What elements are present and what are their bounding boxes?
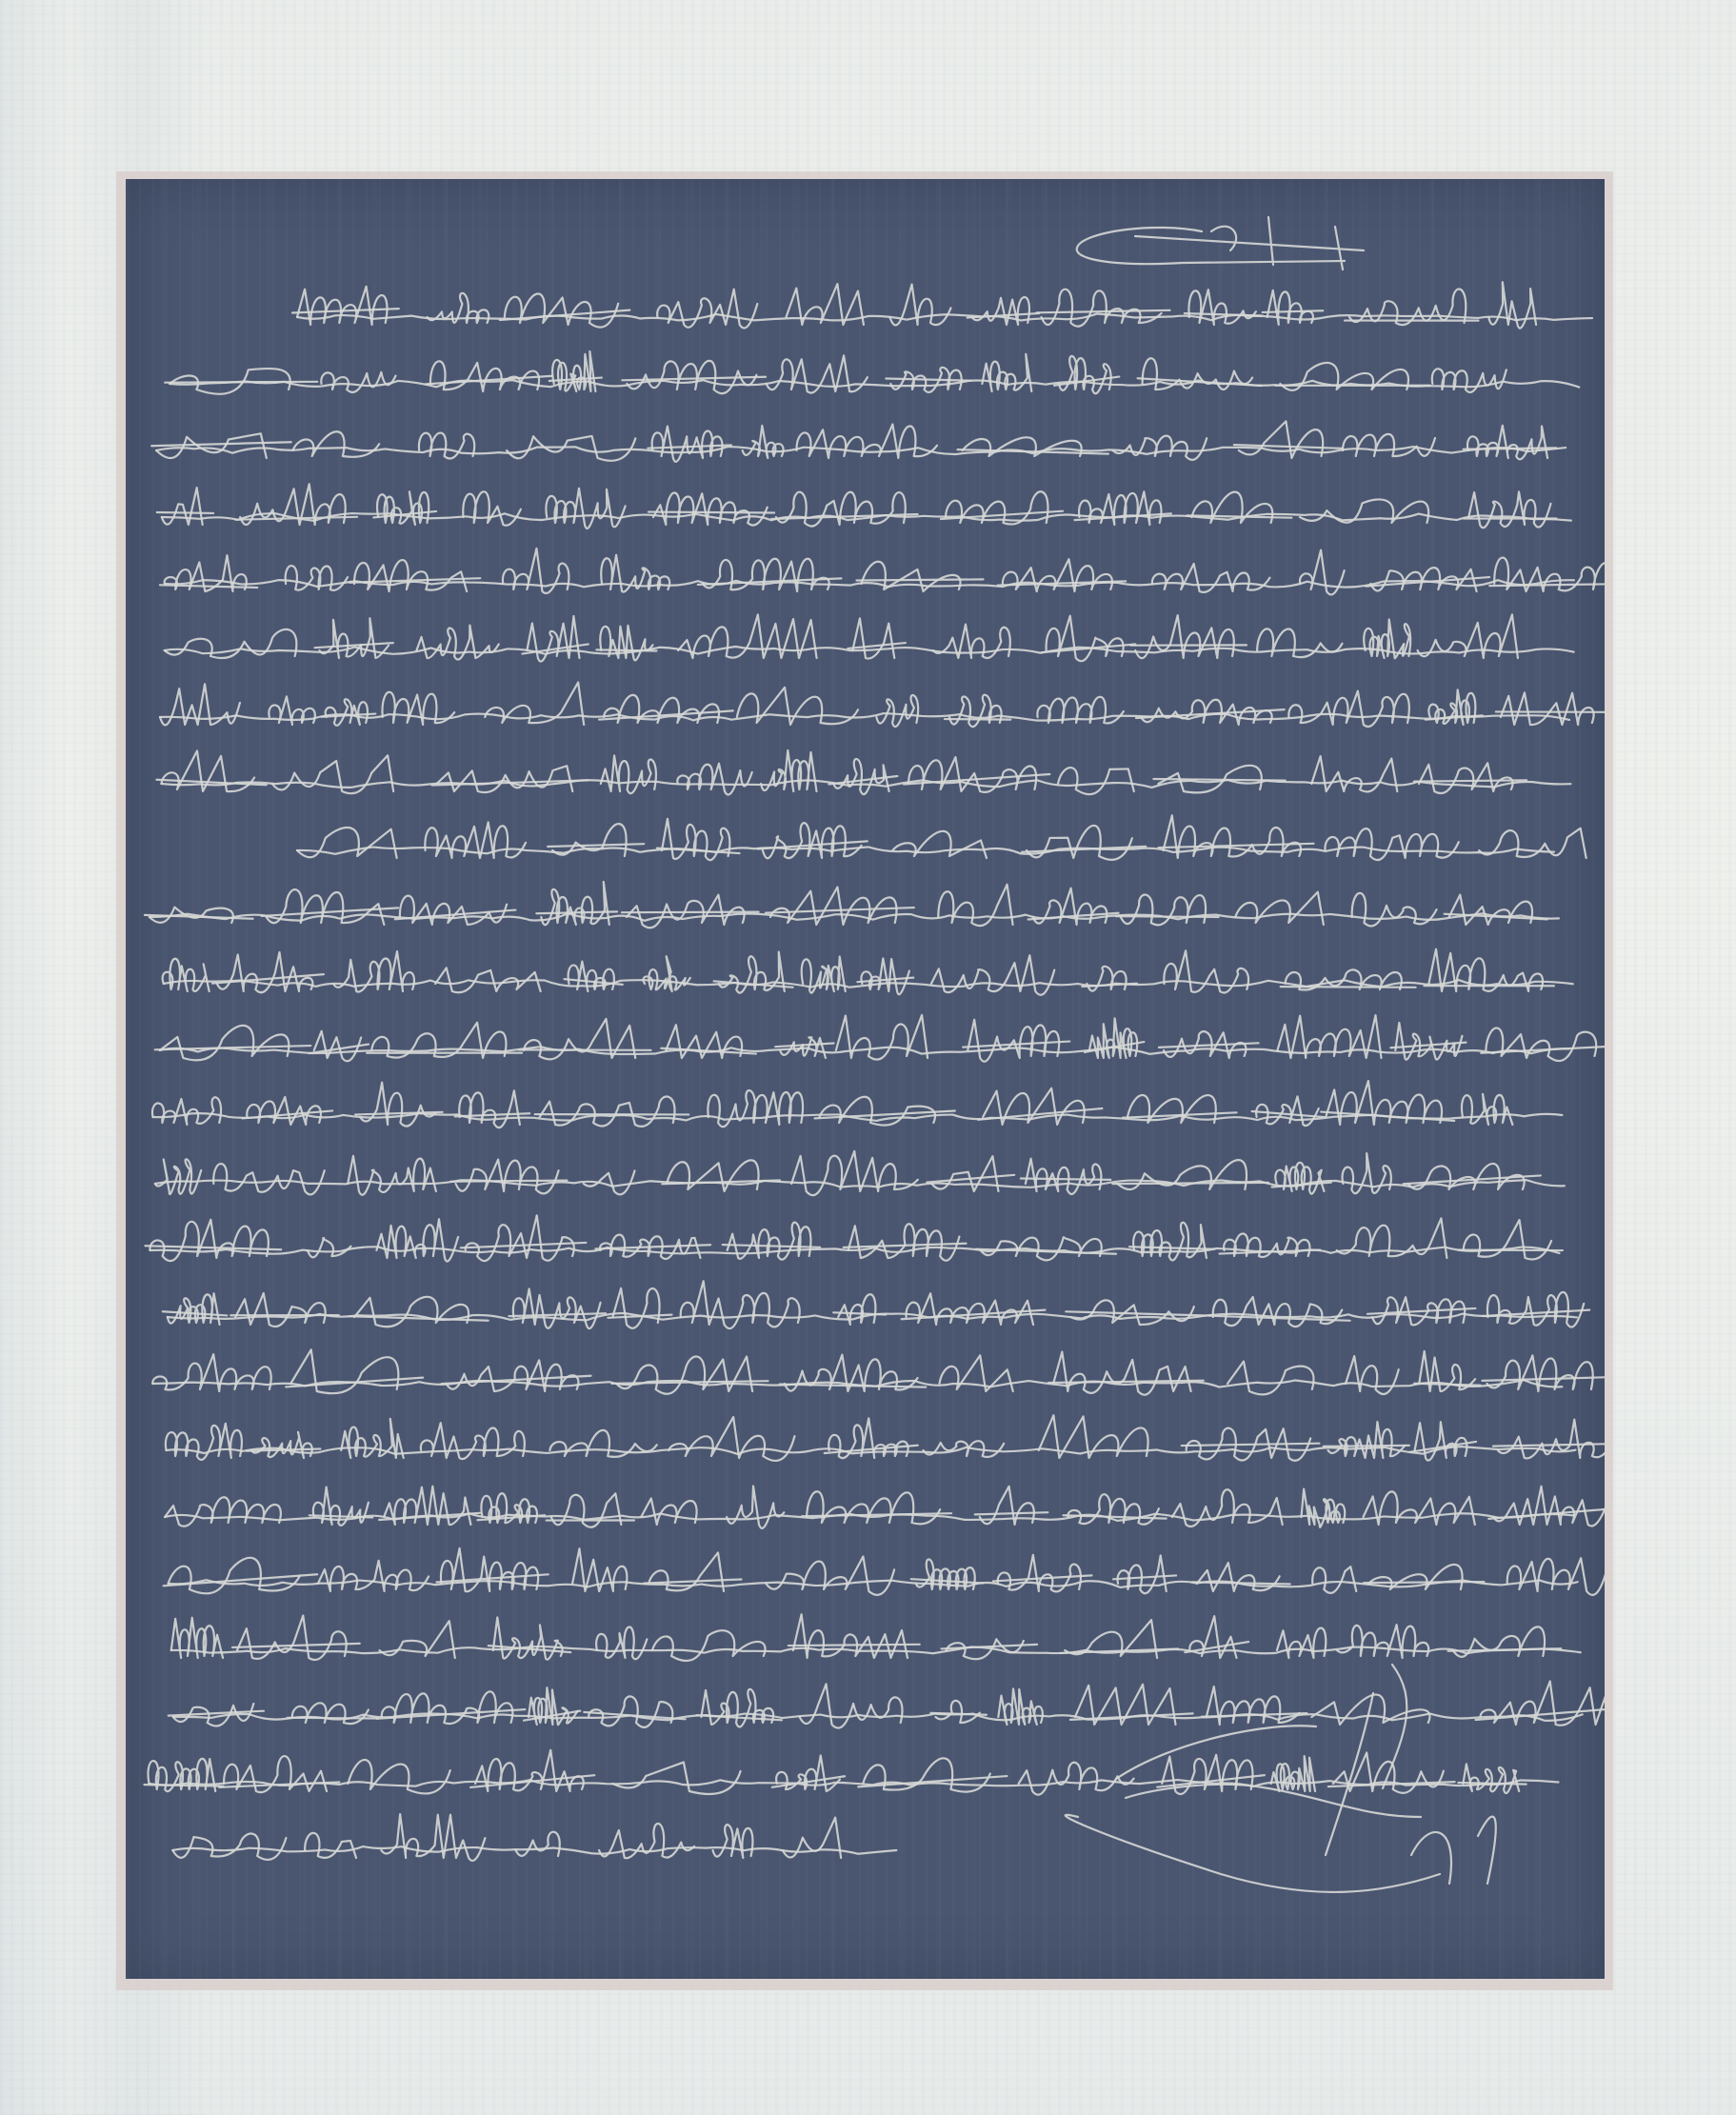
painting-canvas xyxy=(0,0,1736,2115)
blue-script-panel xyxy=(126,179,1605,1979)
asemic-script-lines xyxy=(126,179,1605,1979)
